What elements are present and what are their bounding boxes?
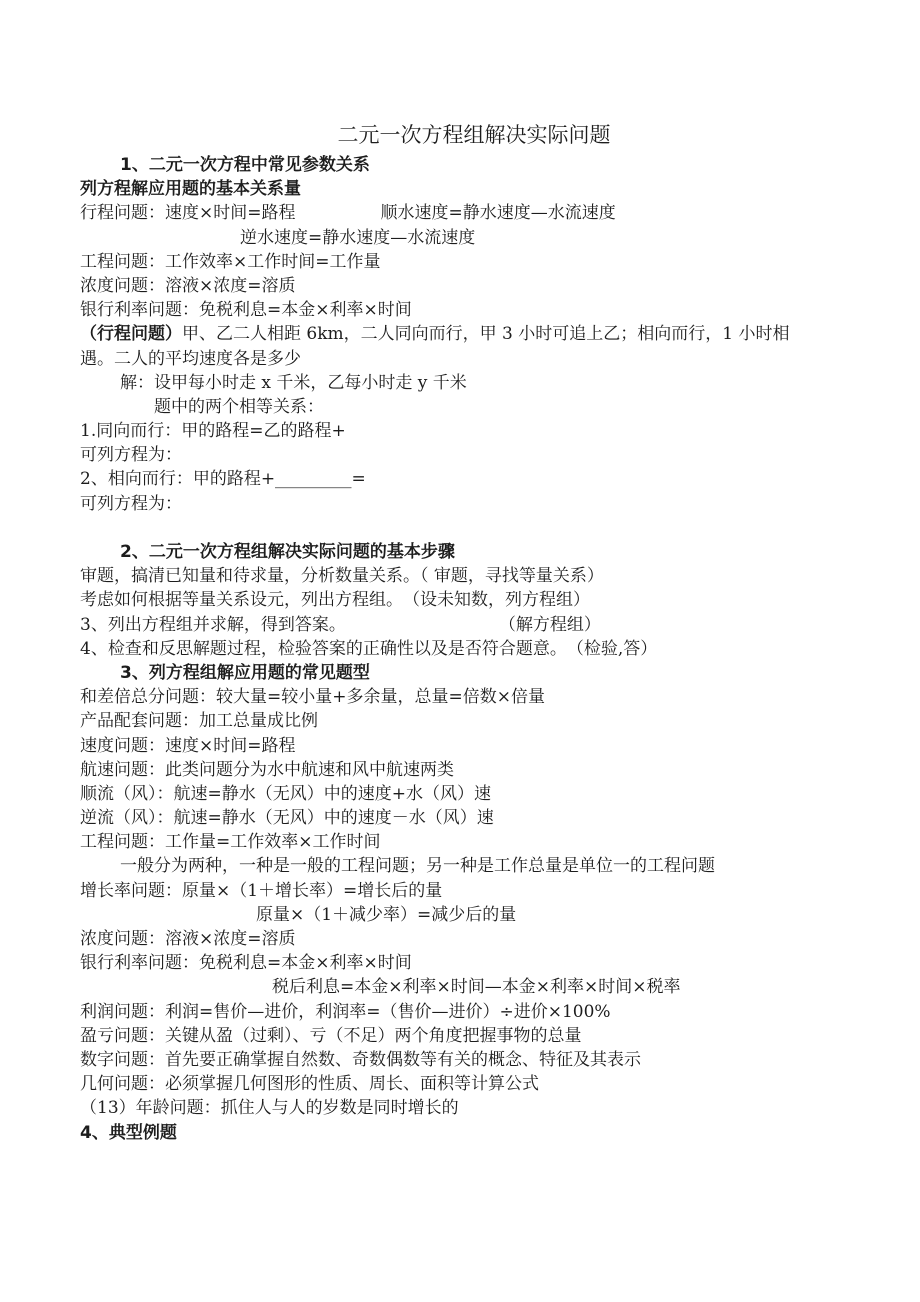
document-body: 1、二元一次方程中常见参数关系列方程解应用题的基本关系量行程问题：速度×时间=路… [80, 153, 880, 1145]
document-line: 列方程解应用题的基本关系量 [80, 177, 880, 201]
document-line: 解：设甲每小时走 x 千米，乙每小时走 y 千米 [80, 371, 880, 395]
blank-line [80, 516, 880, 540]
document-line: 可列方程为： [80, 443, 880, 467]
document-line: 盈亏问题：关键从盈（过剩）、亏（不足）两个角度把握事物的总量 [80, 1024, 880, 1048]
document-line: 4、典型例题 [80, 1121, 880, 1145]
document-line: 增长率问题：原量×（1＋增长率）=增长后的量 [80, 879, 880, 903]
document-line: （行程问题）甲、乙二人相距 6km，二人同向而行，甲 3 小时可追上乙；相向而行… [80, 322, 880, 346]
document-line: 3、列方程组解应用题的常见题型 [80, 661, 880, 685]
document-line: 逆流（风）：航速=静水（无风）中的速度－水（风）速 [80, 806, 880, 830]
document-line: 题中的两个相等关系： [80, 395, 880, 419]
document-line: 浓度问题：溶液×浓度=溶质 [80, 274, 880, 298]
document-line: 银行利率问题：免税利息=本金×利率×时间 [80, 298, 880, 322]
document-line: 2、相向而行：甲的路程+_________= [80, 467, 880, 491]
document-line: 航速问题：此类问题分为水中航速和风中航速两类 [80, 758, 880, 782]
document-line: 几何问题：必须掌握几何图形的性质、周长、面积等计算公式 [80, 1072, 880, 1096]
document-line: 速度问题：速度×时间=路程 [80, 734, 880, 758]
document-line: 2、二元一次方程组解决实际问题的基本步骤 [80, 540, 880, 564]
document-line: 工程问题：工作效率×工作时间=工作量 [80, 250, 880, 274]
document-line: 审题，搞清已知量和待求量，分析数量关系。（ 审题，寻找等量关系） [80, 564, 880, 588]
document-line: 产品配套问题：加工总量成比例 [80, 709, 880, 733]
document-line: 4、检查和反思解题过程，检验答案的正确性以及是否符合题意。 （检验,答） [80, 637, 880, 661]
document-line: 浓度问题：溶液×浓度=溶质 [80, 927, 880, 951]
document-line: 1、二元一次方程中常见参数关系 [80, 153, 880, 177]
document-line: 1.同向而行：甲的路程=乙的路程+ [80, 419, 880, 443]
document-page: 二元一次方程组解决实际问题 1、二元一次方程中常见参数关系列方程解应用题的基本关… [0, 0, 920, 1302]
document-line: 3、列出方程组并求解，得到答案。 （解方程组） [80, 613, 880, 637]
document-line: 顺流（风）：航速=静水（无风）中的速度+水（风）速 [80, 782, 880, 806]
document-line: 行程问题：速度×时间=路程 顺水速度=静水速度—水流速度 [80, 201, 880, 225]
document-line: 可列方程为： [80, 492, 880, 516]
document-line: 原量×（1＋减少率）=减少后的量 [80, 903, 880, 927]
document-line: 考虑如何根据等量关系设元，列出方程组。 （设未知数，列方程组） [80, 588, 880, 612]
document-line: 税后利息=本金×利率×时间—本金×利率×时间×税率 [80, 975, 880, 999]
document-line: 数字问题：首先要正确掌握自然数、奇数偶数等有关的概念、特征及其表示 [80, 1048, 880, 1072]
document-line: 一般分为两种，一种是一般的工程问题；另一种是工作总量是单位一的工程问题 [80, 854, 880, 878]
document-line: 利润问题：利润=售价—进价，利润率=（售价—进价）÷进价×100% [80, 1000, 880, 1024]
document-line: 银行利率问题：免税利息=本金×利率×时间 [80, 951, 880, 975]
document-line: （13）年龄问题：抓住人与人的岁数是同时增长的 [80, 1096, 880, 1120]
document-line: 遇。二人的平均速度各是多少 [80, 347, 880, 371]
document-line: 和差倍总分问题：较大量=较小量+多余量，总量=倍数×倍量 [80, 685, 880, 709]
document-line: 工程问题：工作量=工作效率×工作时间 [80, 830, 880, 854]
bold-run: （行程问题） [80, 324, 182, 344]
document-title: 二元一次方程组解决实际问题 [94, 120, 854, 150]
document-line: 逆水速度=静水速度—水流速度 [80, 226, 880, 250]
